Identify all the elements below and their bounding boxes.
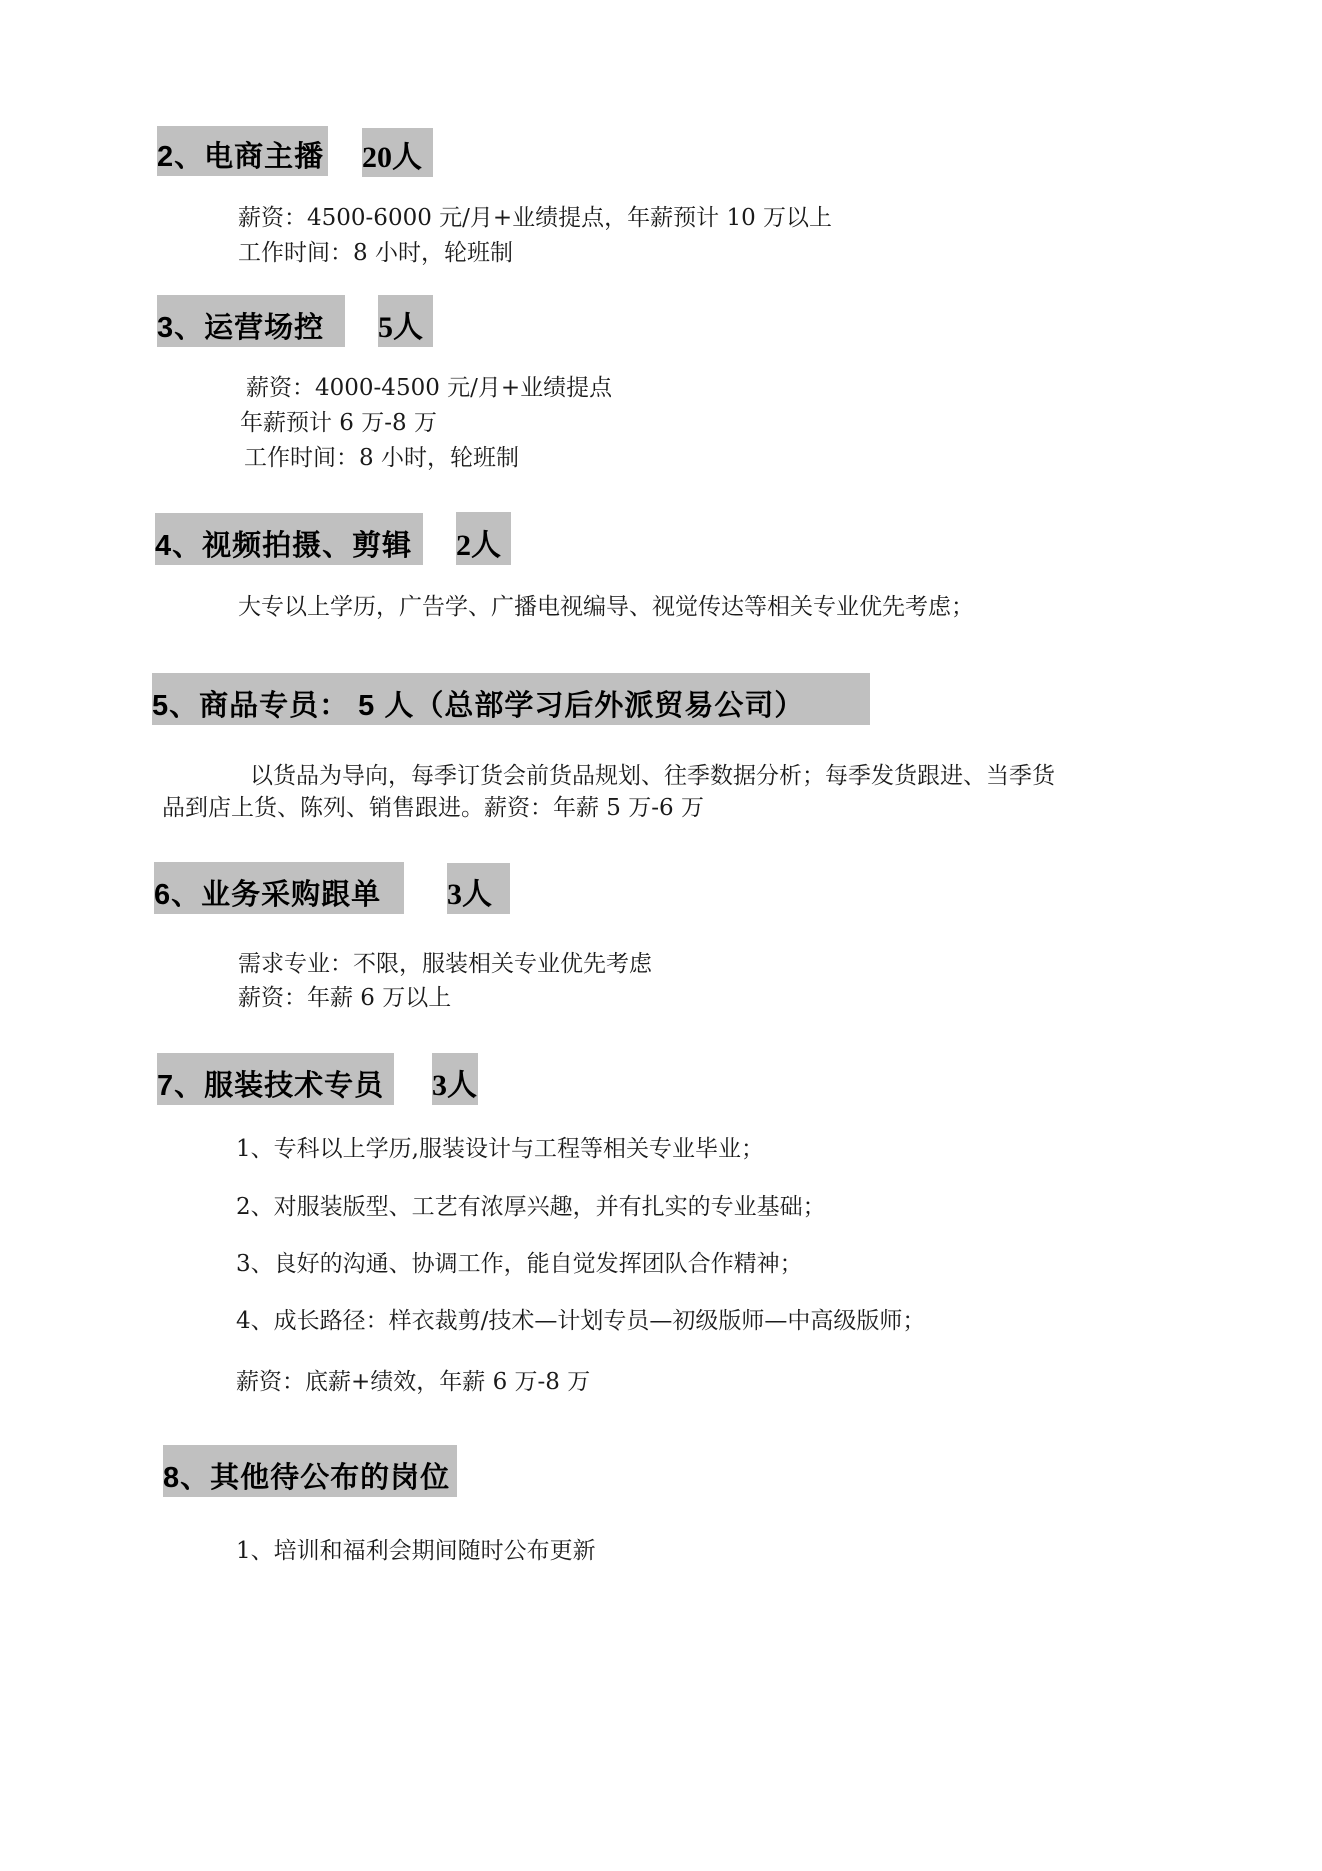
requirement-item: 2、对服装版型、工艺有浓厚兴趣，并有扎实的专业基础； bbox=[236, 1196, 826, 1219]
salary-line: 薪资：4500-6000 元/月+业绩提点，年薪预计 10 万以上 bbox=[238, 207, 832, 230]
salary-line: 薪资：底薪+绩效，年薪 6 万-8 万 bbox=[236, 1371, 590, 1394]
annual-salary-line: 年薪预计 6 万-8 万 bbox=[240, 412, 437, 435]
document-page: 2、电商主播 20人 薪资：4500-6000 元/月+业绩提点，年薪预计 10… bbox=[0, 0, 1322, 1871]
requirement-item: 3、良好的沟通、协调工作，能自觉发挥团队合作精神； bbox=[236, 1253, 803, 1276]
requirement-line: 大专以上学历，广告学、广播电视编导、视觉传达等相关专业优先考虑； bbox=[238, 596, 974, 619]
major-requirement-line: 需求专业：不限，服装相关专业优先考虑 bbox=[238, 953, 652, 976]
section-title: 8、其他待公布的岗位 bbox=[163, 1445, 457, 1497]
career-path-item: 4、成长路径：样衣裁剪/技术—计划专员—初级版师—中高级版师； bbox=[236, 1310, 925, 1333]
section-title: 6、业务采购跟单 bbox=[154, 862, 404, 914]
headcount-badge: 2人 bbox=[456, 512, 511, 565]
requirement-item: 1、专科以上学历,服装设计与工程等相关专业毕业； bbox=[236, 1138, 764, 1161]
description-line: 以货品为导向，每季订货会前货品规划、往季数据分析；每季发货跟进、当季货 bbox=[250, 765, 1055, 788]
section-title: 5、商品专员： 5 人（总部学习后外派贸易公司） bbox=[152, 673, 870, 725]
headcount-badge: 3人 bbox=[432, 1053, 478, 1105]
salary-line: 薪资：4000-4500 元/月+业绩提点 bbox=[246, 377, 612, 400]
section-title: 3、运营场控 bbox=[157, 295, 345, 347]
description-line: 品到店上货、陈列、销售跟进。薪资：年薪 5 万-6 万 bbox=[162, 797, 704, 820]
salary-line: 薪资：年薪 6 万以上 bbox=[238, 987, 451, 1010]
section-title: 7、服装技术专员 bbox=[157, 1053, 394, 1105]
note-item: 1、培训和福利会期间随时公布更新 bbox=[236, 1540, 596, 1563]
headcount-badge: 5人 bbox=[378, 295, 433, 347]
work-hours-line: 工作时间：8 小时，轮班制 bbox=[244, 447, 519, 470]
section-title: 2、电商主播 bbox=[157, 126, 328, 176]
headcount-badge: 20人 bbox=[362, 128, 433, 177]
work-hours-line: 工作时间：8 小时，轮班制 bbox=[238, 242, 513, 265]
headcount-badge: 3人 bbox=[447, 863, 510, 914]
section-title: 4、视频拍摄、剪辑 bbox=[155, 513, 423, 565]
